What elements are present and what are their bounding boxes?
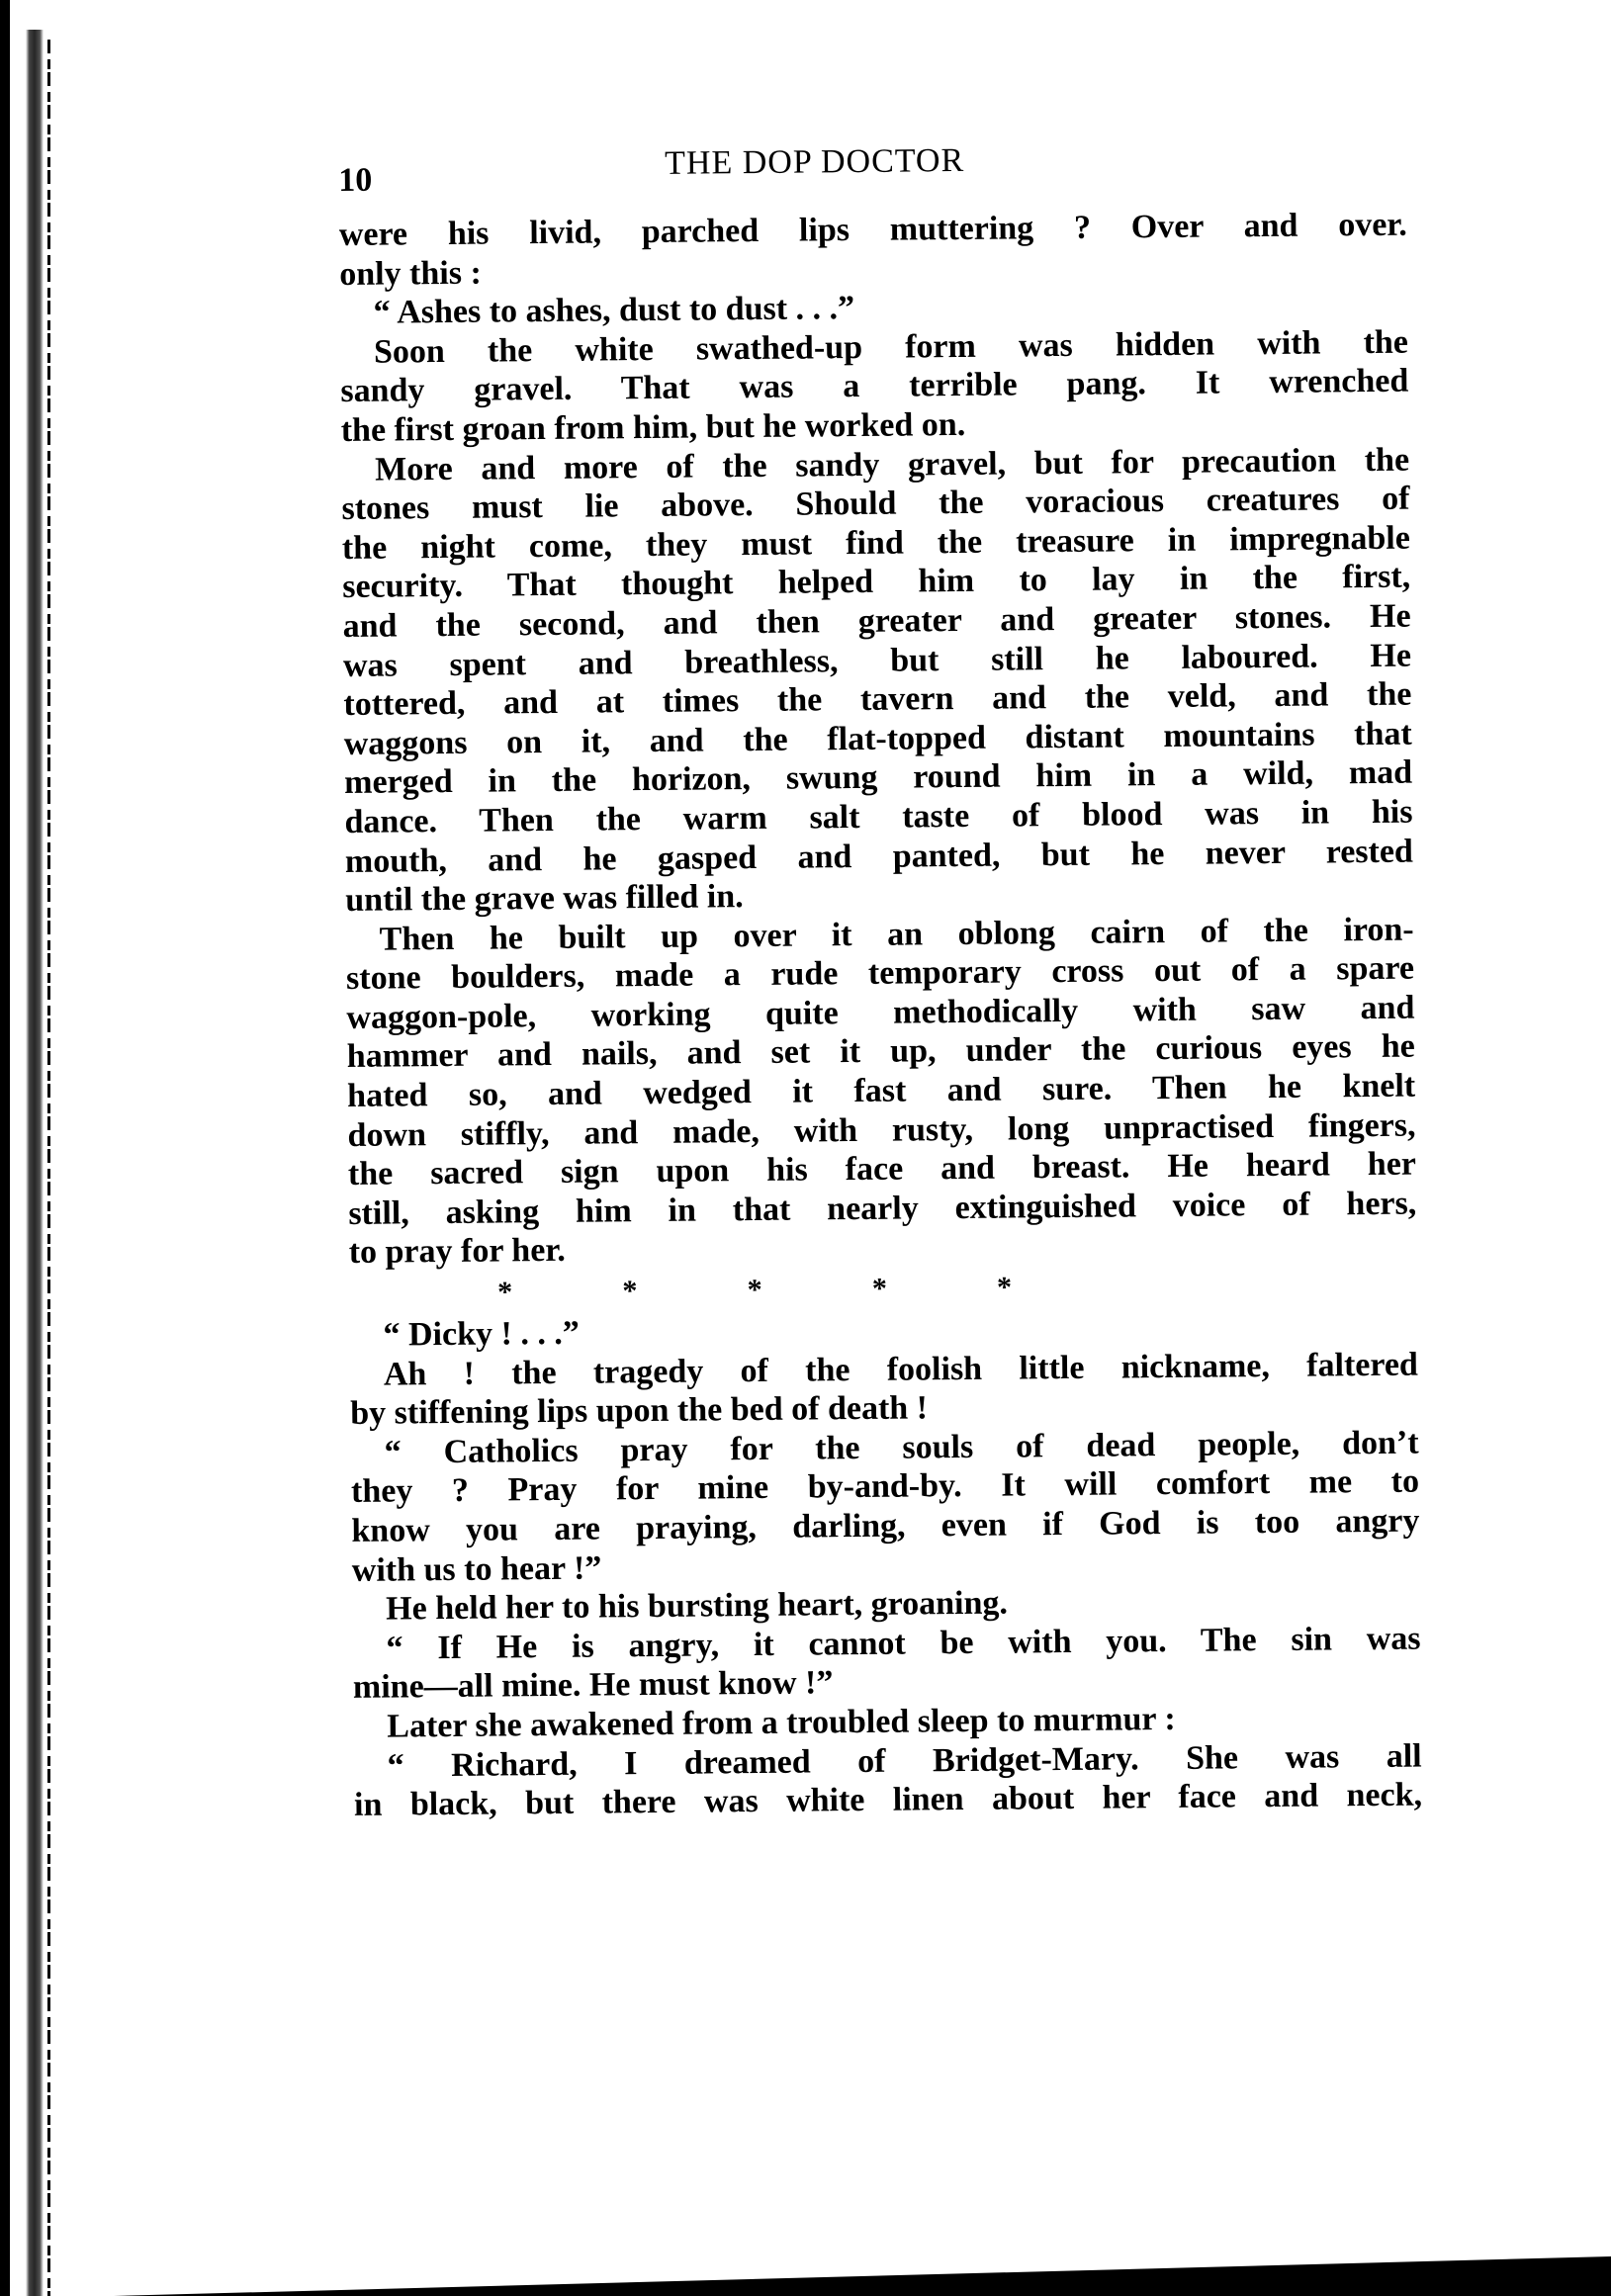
section-break: * * * * * bbox=[497, 1267, 1012, 1315]
book-page: 10 THE DOP DOCTOR were his livid, parche… bbox=[338, 138, 1422, 1825]
section-break-asterisk: * bbox=[872, 1268, 887, 1311]
scan-edge-bottom bbox=[114, 2256, 1611, 2296]
section-break-asterisk: * bbox=[497, 1271, 512, 1314]
page-number: 10 bbox=[338, 162, 372, 200]
book-binding-shadow bbox=[26, 30, 44, 2296]
book-gutter-line bbox=[47, 40, 50, 2296]
section-break-asterisk: * bbox=[997, 1267, 1012, 1310]
section-break-asterisk: * bbox=[747, 1269, 761, 1312]
text-block-1: were his livid, parched lips muttering ?… bbox=[339, 206, 1417, 1273]
running-title: THE DOP DOCTOR bbox=[665, 142, 964, 183]
section-break-asterisk: * bbox=[622, 1270, 637, 1313]
body-text: were his livid, parched lips muttering ?… bbox=[339, 206, 1423, 1825]
text-block-2: “ Dicky ! . . .”Ah ! the tragedy of the … bbox=[349, 1306, 1422, 1825]
scan-edge-left bbox=[0, 0, 10, 2296]
running-head: 10 THE DOP DOCTOR bbox=[338, 138, 1407, 208]
